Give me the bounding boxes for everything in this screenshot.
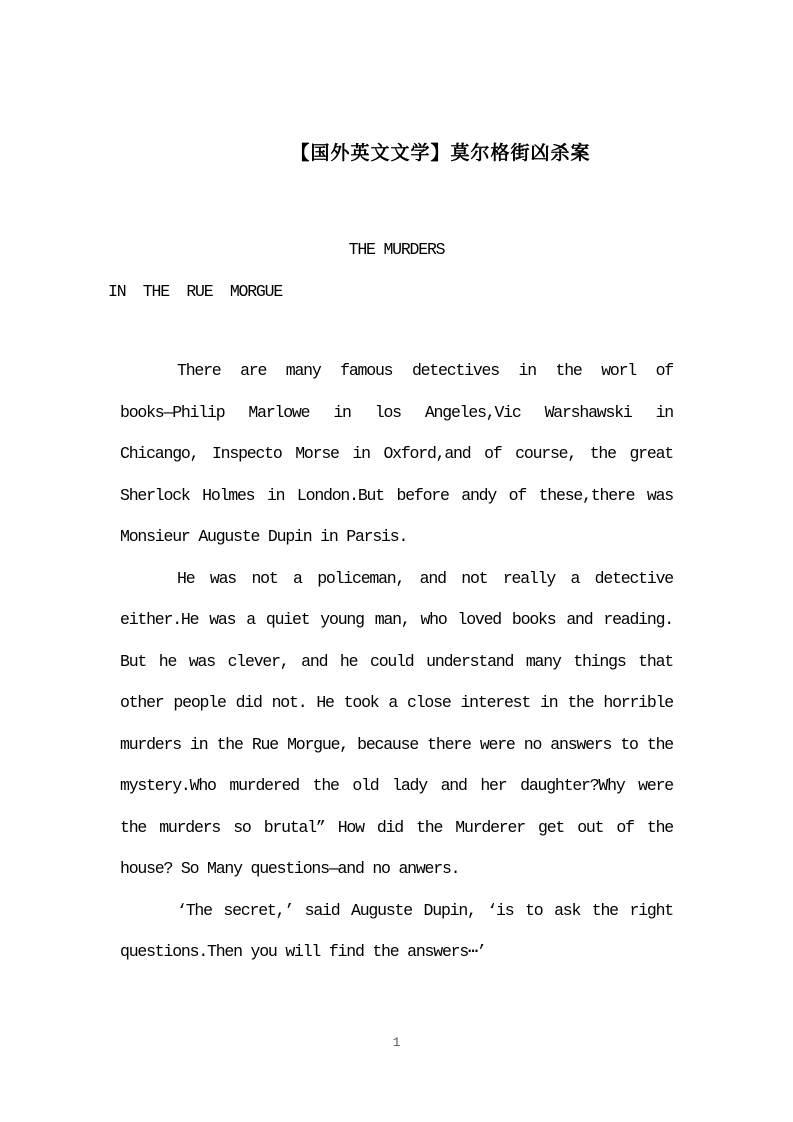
text-line: books—Philip Marlowe in los Angeles,Vic … [120, 392, 673, 434]
paragraph: ‘The secret,’ said Auguste Dupin, ‘is to… [120, 890, 673, 973]
story-title-line1: THE MURDERS [0, 229, 793, 271]
text-line: questions.Then you will find the answers… [120, 931, 673, 973]
text-line: murders in the Rue Morgue, because there… [120, 724, 673, 766]
text-line: mystery.Who murdered the old lady and he… [120, 765, 673, 807]
text-line: There are many famous detectives in the … [120, 350, 673, 392]
page-number: 1 [0, 1035, 793, 1051]
story-title-line2: IN THE RUE MORGUE [0, 271, 793, 313]
document-body: There are many famous detectives in the … [120, 350, 673, 973]
text-line: But he was clever, and he could understa… [120, 641, 673, 683]
paragraph: He was not a policeman, and not really a… [120, 558, 673, 890]
text-line: the murders so brutal” How did the Murde… [120, 807, 673, 849]
text-line: house? So Many questions—and no anwers. [120, 848, 673, 890]
story-heading: THE MURDERS IN THE RUE MORGUE [0, 229, 793, 313]
document-page: 【国外英文文学】莫尔格街凶杀案 THE MURDERS IN THE RUE M… [0, 0, 793, 1122]
text-line: Sherlock Holmes in London.But before and… [120, 475, 673, 517]
text-line: Monsieur Auguste Dupin in Parsis. [120, 516, 673, 558]
text-line: He was not a policeman, and not really a… [120, 558, 673, 600]
document-title: 【国外英文文学】莫尔格街凶杀案 [0, 0, 793, 167]
text-line: Chicango, Inspecto Morse in Oxford,and o… [120, 433, 673, 475]
paragraph: There are many famous detectives in the … [120, 350, 673, 558]
text-line: ‘The secret,’ said Auguste Dupin, ‘is to… [120, 890, 673, 932]
text-line: either.He was a quiet young man, who lov… [120, 599, 673, 641]
text-line: other people did not. He took a close in… [120, 682, 673, 724]
